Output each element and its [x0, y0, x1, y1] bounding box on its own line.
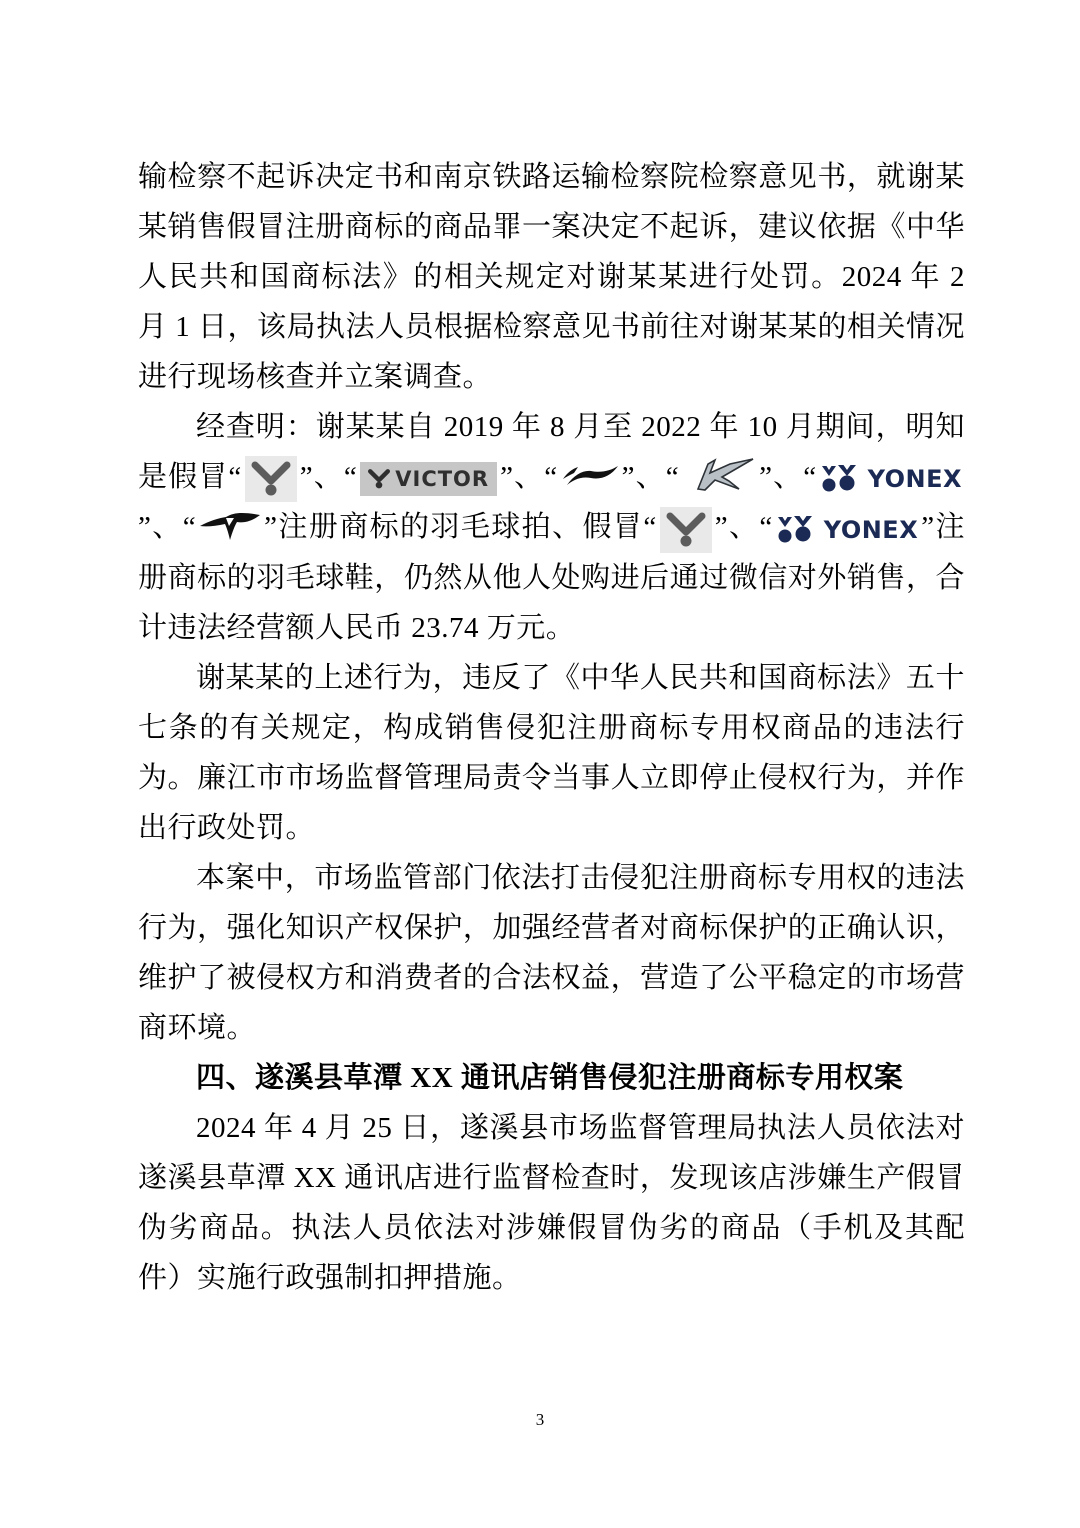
yonex-text: YONEX — [868, 465, 962, 493]
mizuno-runbird-logo — [199, 509, 261, 551]
paragraph-3: 谢某某的上述行为，违反了《中华人民共和国商标法》五十七条的有关规定，构成销售侵犯… — [138, 653, 965, 853]
victor-v-emblem-logo — [660, 507, 712, 553]
document-page: 输检察不起诉决定书和南京铁路运输检察院检察意见书，就谢某某销售假冒注册商标的商品… — [0, 0, 1080, 1528]
mizuno-runbird-icon — [199, 509, 261, 543]
yonex-logo: YONEX — [820, 465, 962, 493]
li-ning-logo — [561, 463, 619, 496]
li-ning-swoosh-icon — [561, 464, 619, 488]
p2-separator: ”、“ — [138, 511, 196, 543]
document-body: 输检察不起诉决定书和南京铁路运输检察院检察意见书，就谢某某销售假冒注册商标的商品… — [138, 152, 965, 1303]
yonex-text: YONEX — [824, 516, 918, 544]
p2-separator: ”、“ — [622, 461, 680, 493]
p2-separator: ”、“ — [300, 461, 358, 493]
victor-v-icon — [666, 511, 706, 549]
p2-separator: ”、“ — [715, 511, 773, 543]
yonex-yy-icon — [776, 516, 818, 544]
victor-wordmark-logo: VICTOR — [360, 462, 497, 496]
victor-v-icon — [251, 460, 291, 498]
paragraph-2: 经查明：谢某某自 2019 年 8 月至 2022 年 10 月期间，明知是假冒… — [138, 402, 965, 653]
p2-after-rackets-text: ”注册商标的羽毛球拍、假冒“ — [264, 511, 657, 543]
p2-separator: ”、“ — [759, 461, 817, 493]
victor-wordmark-text: VICTOR — [395, 467, 489, 491]
paragraph-1: 输检察不起诉决定书和南京铁路运输检察院检察意见书，就谢某某销售假冒注册商标的商品… — [138, 152, 965, 402]
kason-k-logo — [682, 457, 756, 501]
yonex-yy-icon — [820, 465, 862, 493]
p2-separator: ”、“ — [500, 461, 558, 493]
victor-v-icon — [368, 468, 390, 490]
section-heading-4: 四、遂溪县草潭 XX 通讯店销售侵犯注册商标专用权案 — [138, 1053, 965, 1103]
page-number: 3 — [0, 1410, 1080, 1430]
victor-v-emblem-logo — [245, 456, 297, 502]
paragraph-4: 本案中，市场监管部门依法打击侵犯注册商标专用权的违法行为，强化知识产权保护，加强… — [138, 853, 965, 1053]
paragraph-5: 2024 年 4 月 25 日，遂溪县市场监督管理局执法人员依法对遂溪县草潭 X… — [138, 1103, 965, 1303]
kason-k-icon — [682, 457, 756, 493]
yonex-logo: YONEX — [776, 516, 918, 544]
